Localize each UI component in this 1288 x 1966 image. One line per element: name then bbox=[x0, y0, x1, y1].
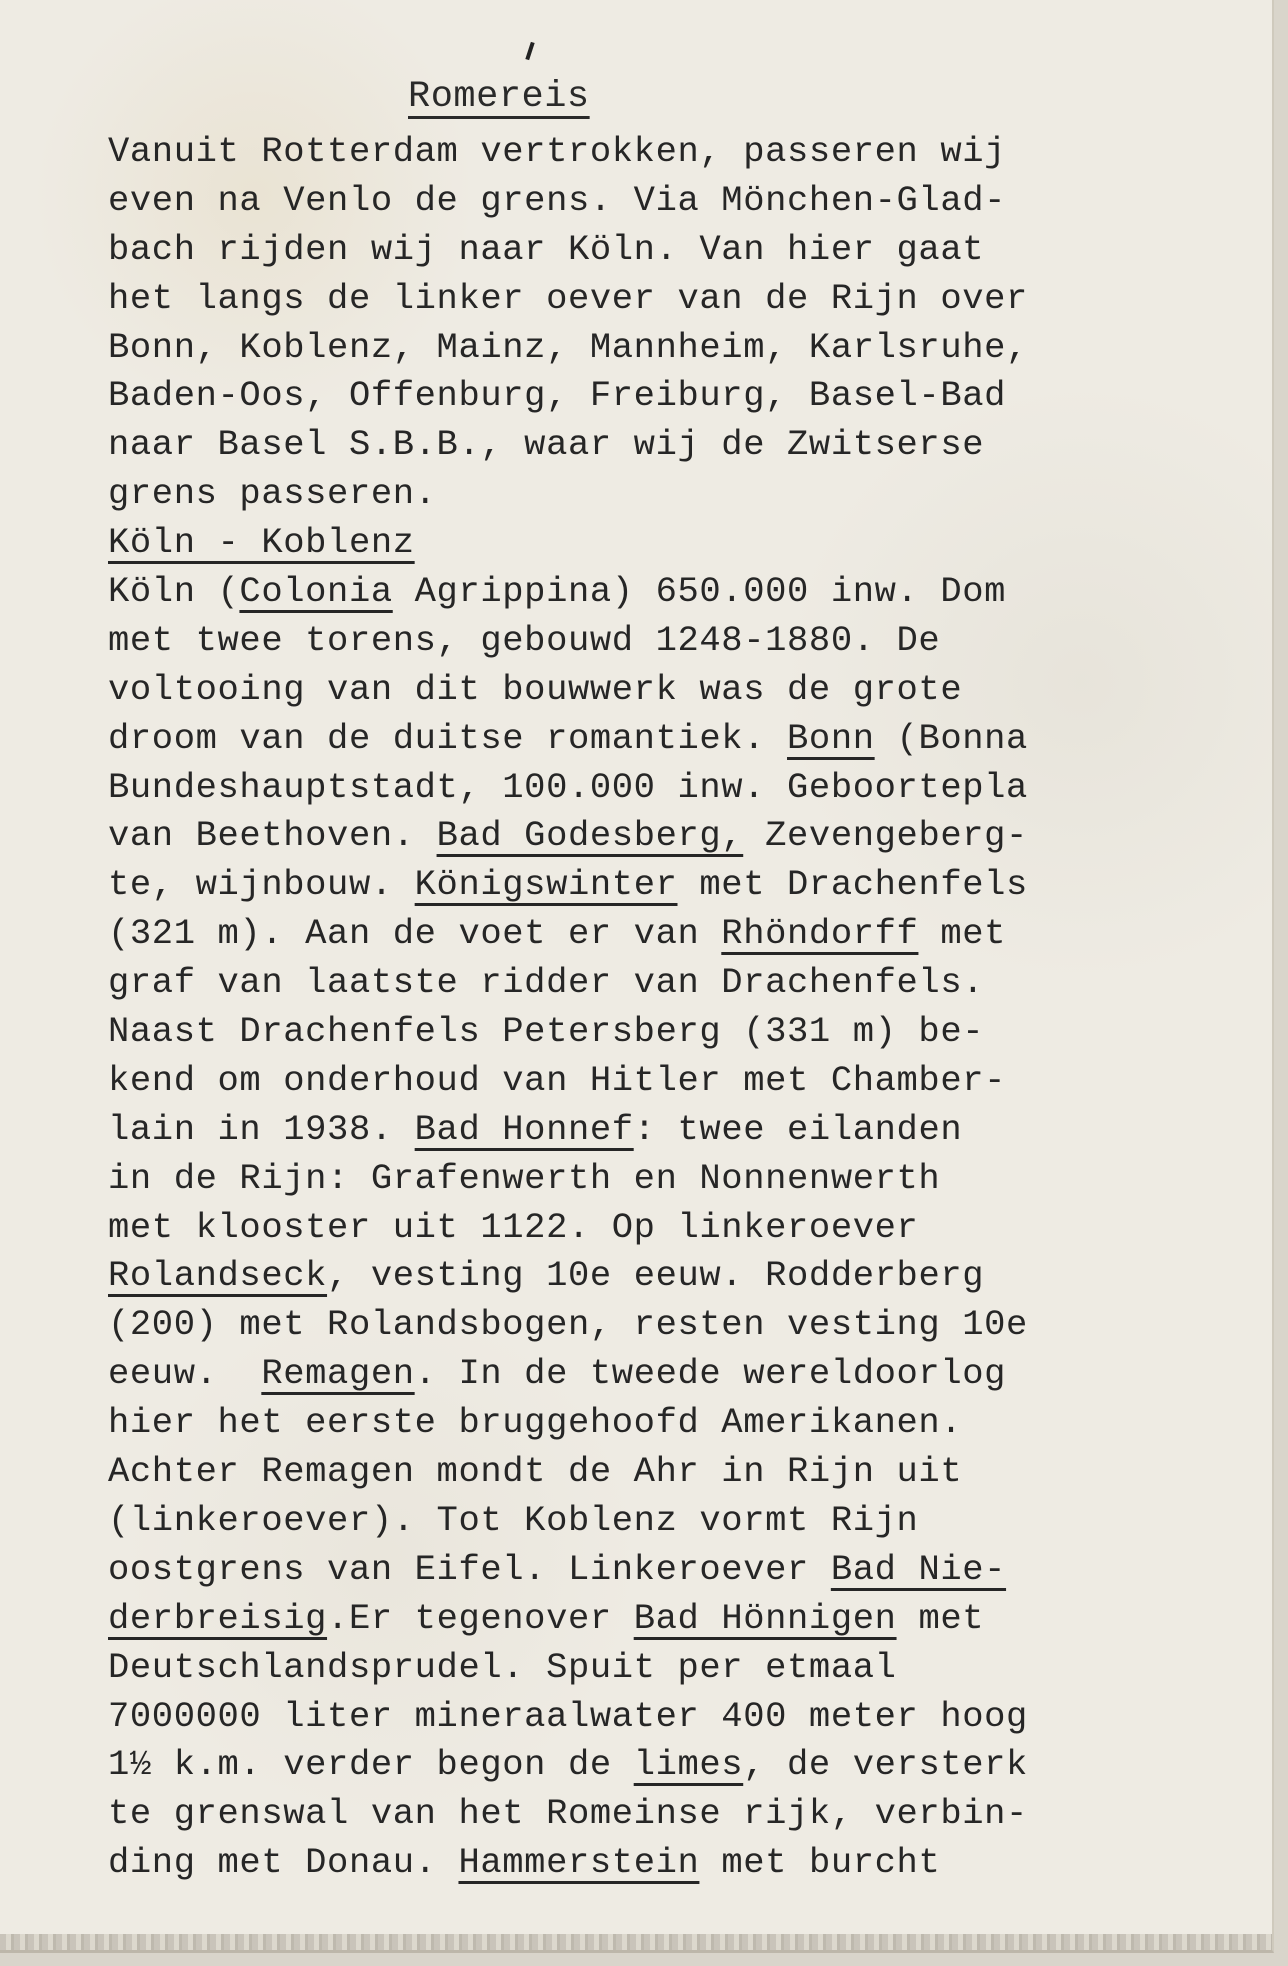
text-segment: Zevengeberg- bbox=[743, 815, 1028, 856]
text-segment: met klooster uit 1122. Op linkeroever bbox=[108, 1207, 918, 1248]
text-segment: even na Venlo de grens. Via Mönchen-Glad… bbox=[108, 180, 1006, 221]
text-line: graf van laatste ridder van Drachenfels. bbox=[108, 959, 1258, 1008]
underlined-place-name: Rhöndorff bbox=[721, 913, 918, 954]
text-segment: in de Rijn: Grafenwerth en Nonnenwerth bbox=[108, 1158, 940, 1199]
underlined-place-name: limes bbox=[634, 1744, 744, 1785]
text-line: Bundeshauptstadt, 100.000 inw. Geboortep… bbox=[108, 764, 1258, 813]
text-line: Bonn, Koblenz, Mainz, Mannheim, Karlsruh… bbox=[108, 324, 1258, 373]
text-line: grens passeren. bbox=[108, 470, 1258, 519]
text-segment: (321 m). Aan de voet er van bbox=[108, 913, 721, 954]
text-line: oostgrens van Eifel. Linkeroever Bad Nie… bbox=[108, 1546, 1258, 1595]
text-segment: naar Basel S.B.B., waar wij de Zwitserse bbox=[108, 424, 984, 465]
text-segment: , vesting 10e eeuw. Rodderberg bbox=[327, 1255, 984, 1296]
text-line: eeuw. Remagen. In de tweede wereldoorlog bbox=[108, 1350, 1258, 1399]
text-segment: kend om onderhoud van Hitler met Chamber… bbox=[108, 1060, 1006, 1101]
text-line: ding met Donau. Hammerstein met burcht bbox=[108, 1839, 1258, 1888]
text-line: lain in 1938. Bad Honnef: twee eilanden bbox=[108, 1106, 1258, 1155]
text-line: Rolandseck, vesting 10e eeuw. Rodderberg bbox=[108, 1252, 1258, 1301]
text-line: Köln (Colonia Agrippina) 650.000 inw. Do… bbox=[108, 568, 1258, 617]
text-line: (200) met Rolandsbogen, resten vesting 1… bbox=[108, 1301, 1258, 1350]
text-line: Naast Drachenfels Petersberg (331 m) be- bbox=[108, 1008, 1258, 1057]
text-segment: het langs de linker oever van de Rijn ov… bbox=[108, 278, 1028, 319]
underlined-place-name: Köln - Koblenz bbox=[108, 522, 415, 563]
text-segment: eeuw. bbox=[108, 1353, 261, 1394]
underlined-place-name: Bad Hönnigen bbox=[634, 1598, 897, 1639]
worn-paper-edge bbox=[0, 1934, 1272, 1950]
text-segment: Bonn, Koblenz, Mainz, Mannheim, Karlsruh… bbox=[108, 327, 1028, 368]
text-segment: oostgrens van Eifel. Linkeroever bbox=[108, 1549, 831, 1590]
text-segment: (200) met Rolandsbogen, resten vesting 1… bbox=[108, 1304, 1028, 1345]
text-segment: met Drachenfels bbox=[678, 864, 1028, 905]
text-segment: lain in 1938. bbox=[108, 1109, 415, 1150]
underlined-place-name: Bonn bbox=[787, 718, 875, 759]
text-line: kend om onderhoud van Hitler met Chamber… bbox=[108, 1057, 1258, 1106]
text-segment: . In de tweede wereldoorlog bbox=[415, 1353, 1006, 1394]
text-segment: : twee eilanden bbox=[634, 1109, 963, 1150]
text-segment: met burcht bbox=[699, 1842, 940, 1883]
text-line: het langs de linker oever van de Rijn ov… bbox=[108, 275, 1258, 324]
text-line: 7000000 liter mineraalwater 400 meter ho… bbox=[108, 1693, 1258, 1742]
text-segment: met bbox=[918, 913, 1006, 954]
text-segment: (Bonna bbox=[875, 718, 1028, 759]
text-segment: Deutschlandsprudel. Spuit per etmaal bbox=[108, 1647, 897, 1688]
text-line: Baden-Oos, Offenburg, Freiburg, Basel-Ba… bbox=[108, 372, 1258, 421]
text-line: te grenswal van het Romeinse rijk, verbi… bbox=[108, 1790, 1258, 1839]
text-line: Achter Remagen mondt de Ahr in Rijn uit bbox=[108, 1448, 1258, 1497]
text-line: hier het eerste bruggehoofd Amerikanen. bbox=[108, 1399, 1258, 1448]
text-line: van Beethoven. Bad Godesberg, Zevengeber… bbox=[108, 812, 1258, 861]
underlined-place-name: Bad Honnef bbox=[415, 1109, 634, 1150]
text-line: droom van de duitse romantiek. Bonn (Bon… bbox=[108, 715, 1258, 764]
text-line: bach rijden wij naar Köln. Van hier gaat bbox=[108, 226, 1258, 275]
text-segment: Achter Remagen mondt de Ahr in Rijn uit bbox=[108, 1451, 962, 1492]
underlined-place-name: Remagen bbox=[261, 1353, 414, 1394]
text-segment: (linkeroever). Tot Koblenz vormt Rijn bbox=[108, 1500, 918, 1541]
text-line: Deutschlandsprudel. Spuit per etmaal bbox=[108, 1644, 1258, 1693]
text-line: Köln - Koblenz bbox=[108, 519, 1258, 568]
text-segment: Agrippina) 650.000 inw. Dom bbox=[393, 571, 1006, 612]
text-line: 1½ k.m. verder begon de limes, de verste… bbox=[108, 1741, 1258, 1790]
text-line: te, wijnbouw. Königswinter met Drachenfe… bbox=[108, 861, 1258, 910]
pen-mark bbox=[525, 42, 534, 60]
text-segment: te, wijnbouw. bbox=[108, 864, 415, 905]
text-line: (linkeroever). Tot Koblenz vormt Rijn bbox=[108, 1497, 1258, 1546]
text-line: naar Basel S.B.B., waar wij de Zwitserse bbox=[108, 421, 1258, 470]
text-line: (321 m). Aan de voet er van Rhöndorff me… bbox=[108, 910, 1258, 959]
text-segment: .Er tegenover bbox=[327, 1598, 634, 1639]
text-segment: ding met Donau. bbox=[108, 1842, 458, 1883]
text-line: derbreisig.Er tegenover Bad Hönnigen met bbox=[108, 1595, 1258, 1644]
text-segment: van Beethoven. bbox=[108, 815, 437, 856]
text-segment: 7000000 liter mineraalwater 400 meter ho… bbox=[108, 1696, 1028, 1737]
text-segment: met twee torens, gebouwd 1248-1880. De bbox=[108, 620, 940, 661]
typewritten-page: Romereis Vanuit Rotterdam vertrokken, pa… bbox=[0, 0, 1274, 1953]
text-line: met twee torens, gebouwd 1248-1880. De bbox=[108, 617, 1258, 666]
text-segment: met bbox=[897, 1598, 985, 1639]
text-segment: hier het eerste bruggehoofd Amerikanen. bbox=[108, 1402, 962, 1443]
text-segment: Bundeshauptstadt, 100.000 inw. Geboortep… bbox=[108, 767, 1028, 808]
underlined-place-name: Königswinter bbox=[415, 864, 678, 905]
text-segment: bach rijden wij naar Köln. Van hier gaat bbox=[108, 229, 984, 270]
text-line: met klooster uit 1122. Op linkeroever bbox=[108, 1204, 1258, 1253]
text-line: even na Venlo de grens. Via Mönchen-Glad… bbox=[108, 177, 1258, 226]
text-segment: voltooing van dit bouwwerk was de grote bbox=[108, 669, 962, 710]
text-segment: 1½ k.m. verder begon de bbox=[108, 1744, 634, 1785]
text-segment: droom van de duitse romantiek. bbox=[108, 718, 787, 759]
text-segment: te grenswal van het Romeinse rijk, verbi… bbox=[108, 1793, 1028, 1834]
document-title: Romereis bbox=[408, 76, 590, 118]
text-segment: graf van laatste ridder van Drachenfels. bbox=[108, 962, 984, 1003]
text-line: voltooing van dit bouwwerk was de grote bbox=[108, 666, 1258, 715]
underlined-place-name: Rolandseck bbox=[108, 1255, 327, 1296]
underlined-place-name: Colonia bbox=[239, 571, 392, 612]
text-segment: Naast Drachenfels Petersberg (331 m) be- bbox=[108, 1011, 984, 1052]
text-line: Vanuit Rotterdam vertrokken, passeren wi… bbox=[108, 128, 1258, 177]
text-segment: Baden-Oos, Offenburg, Freiburg, Basel-Ba… bbox=[108, 375, 1006, 416]
text-segment: , de versterk bbox=[743, 1744, 1028, 1785]
underlined-place-name: Bad Nie- bbox=[831, 1549, 1006, 1590]
underlined-place-name: Bad Godesberg, bbox=[437, 815, 744, 856]
underlined-place-name: derbreisig bbox=[108, 1598, 327, 1639]
text-line: in de Rijn: Grafenwerth en Nonnenwerth bbox=[108, 1155, 1258, 1204]
document-body: Vanuit Rotterdam vertrokken, passeren wi… bbox=[108, 128, 1258, 1888]
underlined-place-name: Hammerstein bbox=[458, 1842, 699, 1883]
text-segment: grens passeren. bbox=[108, 473, 437, 514]
text-segment: Köln ( bbox=[108, 571, 239, 612]
text-segment: Vanuit Rotterdam vertrokken, passeren wi… bbox=[108, 131, 1006, 172]
